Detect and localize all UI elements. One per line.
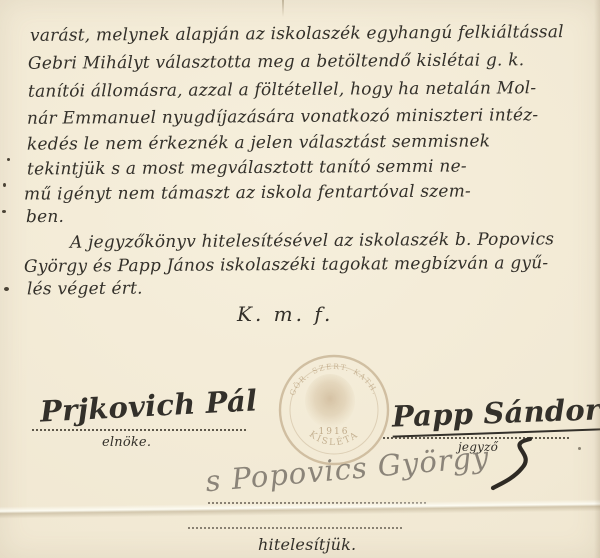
paper-crease-top xyxy=(282,0,284,17)
text-line: kedés le nem érkeznék a jelen választást… xyxy=(27,131,490,154)
signature-line-left xyxy=(32,429,246,431)
stamp-year: 1916 xyxy=(319,427,350,437)
paper-edge-shadow xyxy=(594,0,600,558)
text-line: György és Papp János iskolaszéki tagokat… xyxy=(24,253,548,277)
signature-chairman: Prjkovich Pál xyxy=(39,383,258,428)
attestation-line-1 xyxy=(208,502,426,504)
ink-speck xyxy=(2,210,6,213)
text-line: varást, melynek alapján az iskolaszék eg… xyxy=(30,22,564,46)
closing-formula: K. m. f. xyxy=(237,302,333,326)
signature-role-chairman: elnöke. xyxy=(102,435,151,450)
text-line: tekintjük s a most megválasztott tanító … xyxy=(27,156,467,179)
attestation-line-2 xyxy=(188,527,402,529)
text-line: tanítói állomásra, azzal a föltétellel, … xyxy=(28,78,536,102)
stamp-emblem-blot xyxy=(305,374,355,428)
ink-speck xyxy=(7,158,10,161)
ink-speck xyxy=(578,447,581,450)
ink-speck xyxy=(3,183,6,187)
text-line: nár Emmanuel nyugdíjazására vonatkozó mi… xyxy=(27,105,538,129)
text-line: Gebri Mihályt választotta meg a betölten… xyxy=(28,50,524,73)
text-line: ben. xyxy=(26,207,64,227)
signature-flourish xyxy=(486,436,542,492)
text-line: A jegyzőkönyv hitelesítésével az iskolas… xyxy=(70,229,554,252)
text-line: lés véget ért. xyxy=(27,279,143,300)
scanned-document-page: varást, melynek alapján az iskolaszék eg… xyxy=(0,0,600,558)
ink-speck xyxy=(4,287,9,291)
signature-clerk: Papp Sándor xyxy=(391,392,600,437)
attestation-label: hitelesítjük. xyxy=(258,535,356,554)
text-line: mű igényt nem támaszt az iskola fentartó… xyxy=(24,181,471,204)
